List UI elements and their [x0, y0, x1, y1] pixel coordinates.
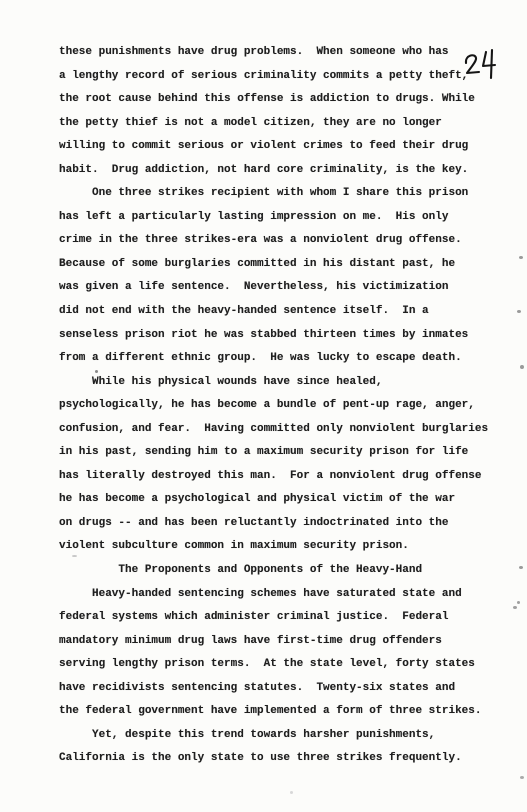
scan-speck	[517, 601, 520, 604]
text-line: has left a particularly lasting impressi…	[59, 206, 488, 230]
digit-4-stroke	[483, 52, 495, 66]
scan-speck	[95, 370, 98, 373]
text-line: California is the only state to use thre…	[59, 747, 488, 771]
text-line: One three strikes recipient with whom I …	[59, 182, 488, 206]
text-line: crime in the three strikes-era was a non…	[59, 229, 488, 253]
text-line: the federal government have implemented …	[59, 700, 488, 724]
scan-speck	[290, 791, 293, 794]
text-line: has literally destroyed this man. For a …	[59, 465, 488, 489]
text-line: willing to commit serious or violent cri…	[59, 135, 488, 159]
digit-4-stem-stroke	[491, 50, 492, 78]
text-line: in his past, sending him to a maximum se…	[59, 441, 488, 465]
text-line: was given a life sentence. Nevertheless,…	[59, 276, 488, 300]
scan-speck	[520, 365, 524, 369]
text-line: a lengthy record of serious criminality …	[59, 65, 488, 89]
scan-speck	[517, 310, 521, 313]
scan-speck	[520, 776, 524, 779]
text-line: serving lengthy prison terms. At the sta…	[59, 653, 488, 677]
text-line: mandatory minimum drug laws have first-t…	[59, 630, 488, 654]
scan-speck	[519, 256, 523, 259]
text-line: have recidivists sentencing statutes. Tw…	[59, 677, 488, 701]
scan-speck	[513, 606, 517, 609]
handwritten-page-number	[462, 44, 498, 80]
text-line: he has become a psychological and physic…	[59, 488, 488, 512]
scan-speck	[72, 555, 77, 557]
text-line: The Proponents and Opponents of the Heav…	[59, 559, 488, 583]
typewritten-text-block: these punishments have drug problems. Wh…	[59, 41, 488, 771]
text-line: psychologically, he has become a bundle …	[59, 394, 488, 418]
text-line: Because of some burglaries committed in …	[59, 253, 488, 277]
text-line: While his physical wounds have since hea…	[59, 371, 488, 395]
document-page: these punishments have drug problems. Wh…	[0, 0, 527, 812]
text-line: from a different ethnic group. He was lu…	[59, 347, 488, 371]
text-line: the petty thief is not a model citizen, …	[59, 112, 488, 136]
text-line: Yet, despite this trend towards harsher …	[59, 724, 488, 748]
text-line: Heavy-handed sentencing schemes have sat…	[59, 583, 488, 607]
text-line: federal systems which administer crimina…	[59, 606, 488, 630]
text-line: confusion, and fear. Having committed on…	[59, 418, 488, 442]
text-line: senseless prison riot he was stabbed thi…	[59, 324, 488, 348]
text-line: on drugs -- and has been reluctantly ind…	[59, 512, 488, 536]
digit-2-stroke	[466, 55, 479, 73]
text-line: the root cause behind this offense is ad…	[59, 88, 488, 112]
text-line: did not end with the heavy-handed senten…	[59, 300, 488, 324]
text-line: these punishments have drug problems. Wh…	[59, 41, 488, 65]
text-line: violent subculture common in maximum sec…	[59, 535, 488, 559]
text-line: habit. Drug addiction, not hard core cri…	[59, 159, 488, 183]
scan-speck	[519, 566, 523, 569]
